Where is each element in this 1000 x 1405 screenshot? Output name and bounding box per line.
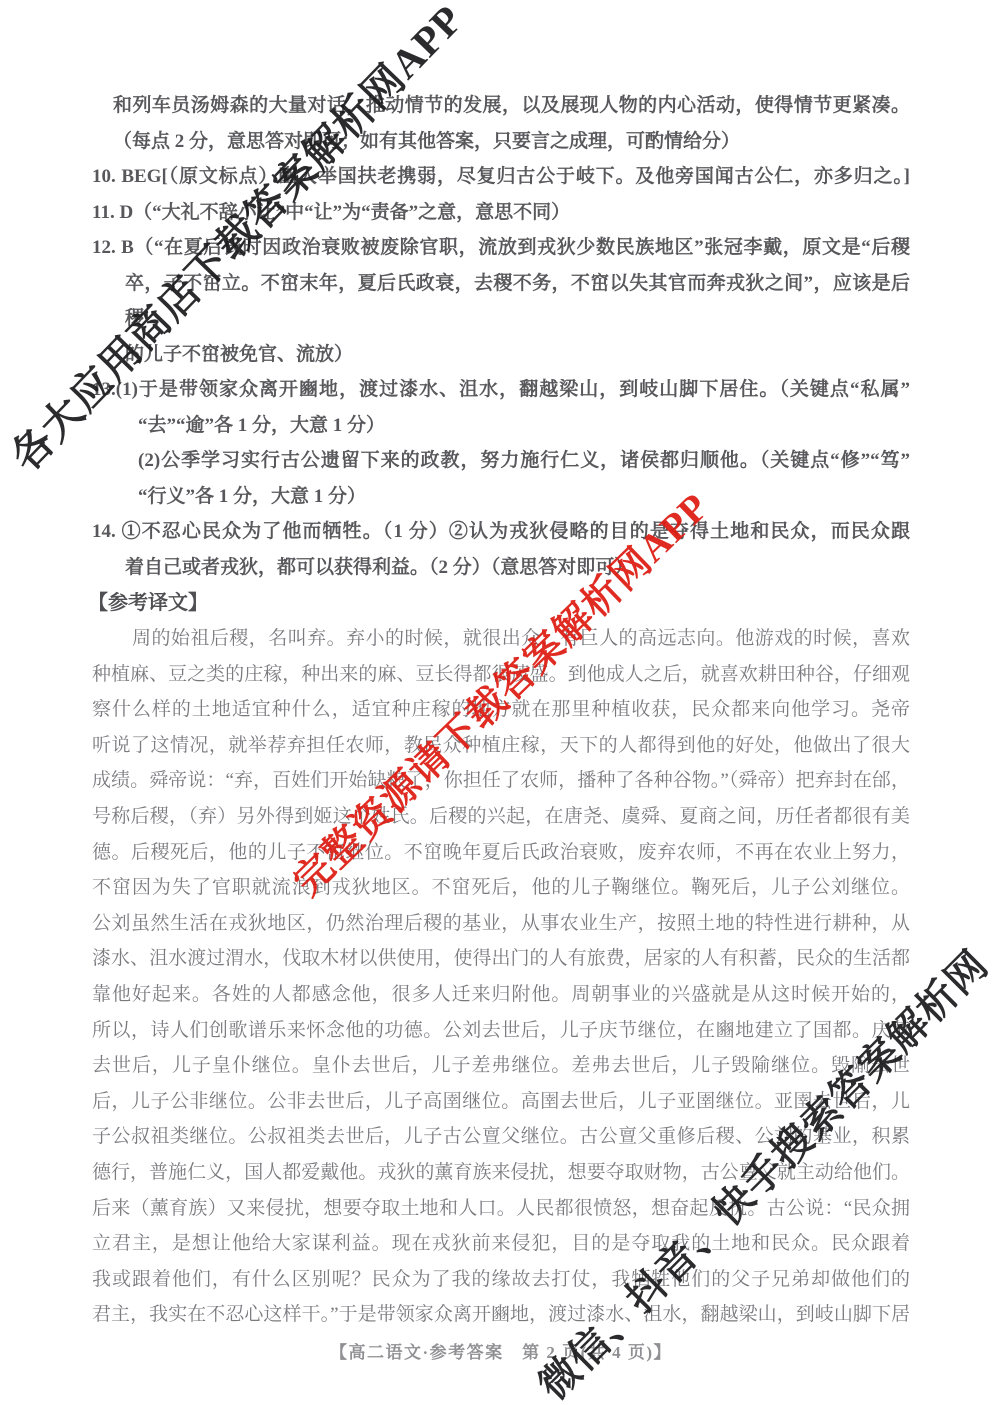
translation-line: 察什么样的土地适宜种什么，适宜种庄稼的地方就在那里种植收获，民众都来向他学习。尧… [92, 692, 910, 728]
translation-line: 靠他好起来。各姓的人都感念他，很多人迁来归附他。周朝事业的兴盛就是从这时候开始的… [92, 977, 910, 1013]
translation-line: 后，儿子公非继位。公非去世后，儿子高圉继位。高圉去世后，儿子亚圉继位。亚圉去世后… [92, 1084, 910, 1120]
translation-line: 立君主，是想让他给大家谋利益。现在戎狄前来侵犯，目的是夺取我的土地和民众。民众跟… [92, 1226, 910, 1262]
translation-line: 成绩。舜帝说：“弃，百姓们开始缺粮了，你担任了农师，播种了各种谷物。”（舜帝）把… [92, 763, 910, 799]
answer-line: （每点 2 分，意思答对即可；如有其他答案，只要言之成理，可酌情给分） [92, 124, 910, 160]
page-footer: 【高二语文·参考答案 第 2 页(共 4 页)】 [92, 1341, 910, 1365]
translation-line: 号称后稷，（弃）另外得到姬这个姓氏。后稷的兴起，在唐尧、虞舜、夏商之间，历任者都… [92, 799, 910, 835]
answer-line: 12. B（“在夏后氏时因政治衰败被废除官职，流放到戎狄少数民族地区”张冠李戴，… [92, 230, 910, 266]
translation-line: 去世后，儿子皇仆继位。皇仆去世后，儿子差弗继位。差弗去世后，儿子毁隃继位。毁隃去… [92, 1048, 910, 1084]
answer-line: “行义”各 1 分，大意 1 分） [92, 479, 910, 515]
translation-line: 子公叔祖类继位。公叔祖类去世后，儿子古公亶父继位。古公亶父重修后稷、公刘的基业，… [92, 1119, 910, 1155]
translation-line: 所以，诗人们创歌谱乐来怀念他的功德。公刘去世后，儿子庆节继位，在豳地建立了国都。… [92, 1013, 910, 1049]
translation-line: 公刘虽然生活在戎狄地区，仍然治理后稷的基业，从事农业生产，按照土地的特性进行耕种… [92, 906, 910, 942]
translation-line: 漆水、沮水渡过渭水，伐取木材以供使用，使得出门的人有旅费，居家的人有积蓄，民众的… [92, 941, 910, 977]
answer-section: 和列车员汤姆森的大量对话，推动情节的发展，以及展现人物的内心活动，使得情节更紧凑… [92, 88, 910, 585]
answer-line: 着自己或者戎狄，都可以获得利益。（2 分）（意思答对即可） [92, 550, 910, 586]
translation-line: 德行，普施仁义，国人都爱戴他。戎狄的薰育族来侵扰，想要夺取财物，古公亶父就主动给… [92, 1155, 910, 1191]
translation-section: 周的始祖后稷，名叫弃。弃小的时候，就很出众，有巨人的高远志向。他游戏的时候，喜欢… [92, 621, 910, 1333]
translation-line: 周的始祖后稷，名叫弃。弃小的时候，就很出众，有巨人的高远志向。他游戏的时候，喜欢 [92, 621, 910, 657]
answer-line: 11. D（“大礼不辞小让”中“让”为“责备”之意，意思不同） [92, 195, 910, 231]
translation-line: 不窋因为失了官职就流浪到戎狄地区。不窋死后，他的儿子鞠继位。鞠死后，儿子公刘继位… [92, 870, 910, 906]
translation-line: 君主，我实在不忍心这样干。”于是带领家众离开豳地，渡过漆水、沮水，翻越梁山，到岐… [92, 1297, 910, 1333]
translation-heading: 【参考译文】 [88, 585, 910, 621]
page-content: 和列车员汤姆森的大量对话，推动情节的发展，以及展现人物的内心活动，使得情节更紧凑… [92, 88, 910, 1365]
translation-line: 种植麻、豆之类的庄稼，种出来的麻、豆长得都很茂盛。到他成人之后，就喜欢耕田种谷，… [92, 657, 910, 693]
answer-line: 卒，子不窋立。不窋末年，夏后氏政衰，去稷不务，不窋以失其官而奔戎狄之间”，应该是… [92, 266, 910, 337]
answer-line: 10. BEG[（原文标点）豳人举国扶老携弱，尽复归古公于岐下。及他旁国闻古公仁… [92, 159, 910, 195]
translation-line: 后来（薰育族）又来侵扰，想要夺取土地和人口。人民都很愤怒，想奋起反抗。古公说：“… [92, 1191, 910, 1227]
answer-line: 和列车员汤姆森的大量对话，推动情节的发展，以及展现人物的内心活动，使得情节更紧凑… [92, 88, 910, 124]
answer-line: (2)公季学习实行古公遗留下来的政教，努力施行仁义，诸侯都归顺他。（关键点“修”… [92, 443, 910, 479]
answer-line: 的儿子不窋被免官、流放） [92, 337, 910, 373]
answer-line: 13.(1)于是带领家众离开豳地，渡过漆水、沮水，翻越梁山，到岐山脚下居住。（关… [92, 372, 910, 408]
translation-line: 听说了这情况，就举荐弃担任农师，教民众种植庄稼，天下的人都得到他的好处，他做出了… [92, 728, 910, 764]
scanned-answer-page: 和列车员汤姆森的大量对话，推动情节的发展，以及展现人物的内心活动，使得情节更紧凑… [0, 0, 1000, 1405]
answer-line: “去”“逾”各 1 分，大意 1 分） [92, 408, 910, 444]
translation-line: 我或跟着他们，有什么区别呢？民众为了我的缘故去打仗，我牺牲他们的父子兄弟却做他们… [92, 1262, 910, 1298]
answer-line: 14. ①不忍心民众为了他而牺牲。（1 分）②认为戎狄侵略的目的是夺得土地和民众… [92, 514, 910, 550]
translation-line: 德。后稷死后，他的儿子不窋继位。不窋晚年夏后氏政治衰败，废弃农师，不再在农业上努… [92, 835, 910, 871]
